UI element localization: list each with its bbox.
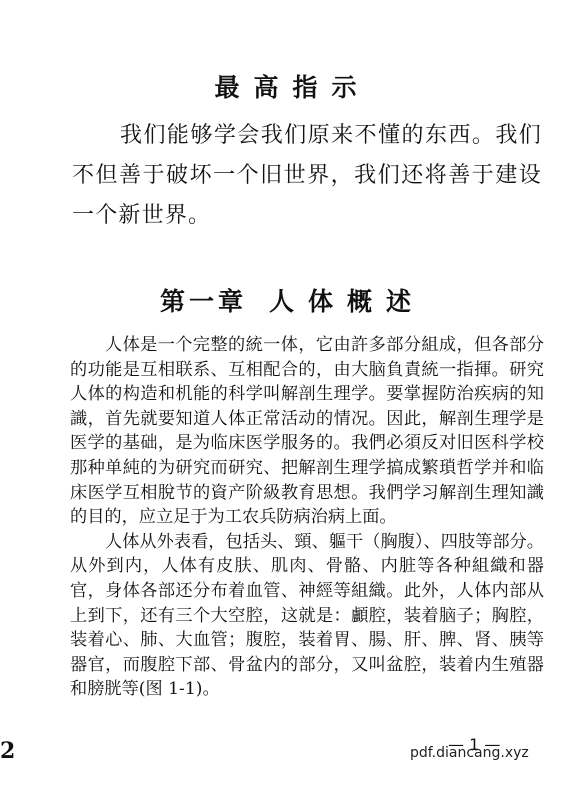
paragraph: 人体是一个完整的統一体，它由許多部分組成，但各部分的功能是互相联系、互相配合的，… xyxy=(70,333,544,530)
chapter-body: 人体是一个完整的統一体，它由許多部分組成，但各部分的功能是互相联系、互相配合的，… xyxy=(70,333,544,702)
watermark: pdf.diancang.xyz xyxy=(410,745,529,761)
quote-title: 最高指示 xyxy=(0,68,585,104)
edge-mark: 2 xyxy=(0,738,15,764)
quote-text: 我们能够学会我们原来不懂的东西。我们不但善于破坏一个旧世界，我们还将善于建设一个… xyxy=(72,116,542,236)
quote-block: 我们能够学会我们原来不懂的东西。我们不但善于破坏一个旧世界，我们还将善于建设一个… xyxy=(72,116,542,236)
chapter-heading: 第一章人体概述 xyxy=(0,282,585,318)
chapter-name: 人体概述 xyxy=(269,287,425,316)
chapter-number: 第一章 xyxy=(160,287,247,316)
paragraph: 人体从外表看，包括头、頸、軀干（胸腹）、四肢等部分。从外到内，人体有皮肤、肌肉、… xyxy=(70,530,544,702)
